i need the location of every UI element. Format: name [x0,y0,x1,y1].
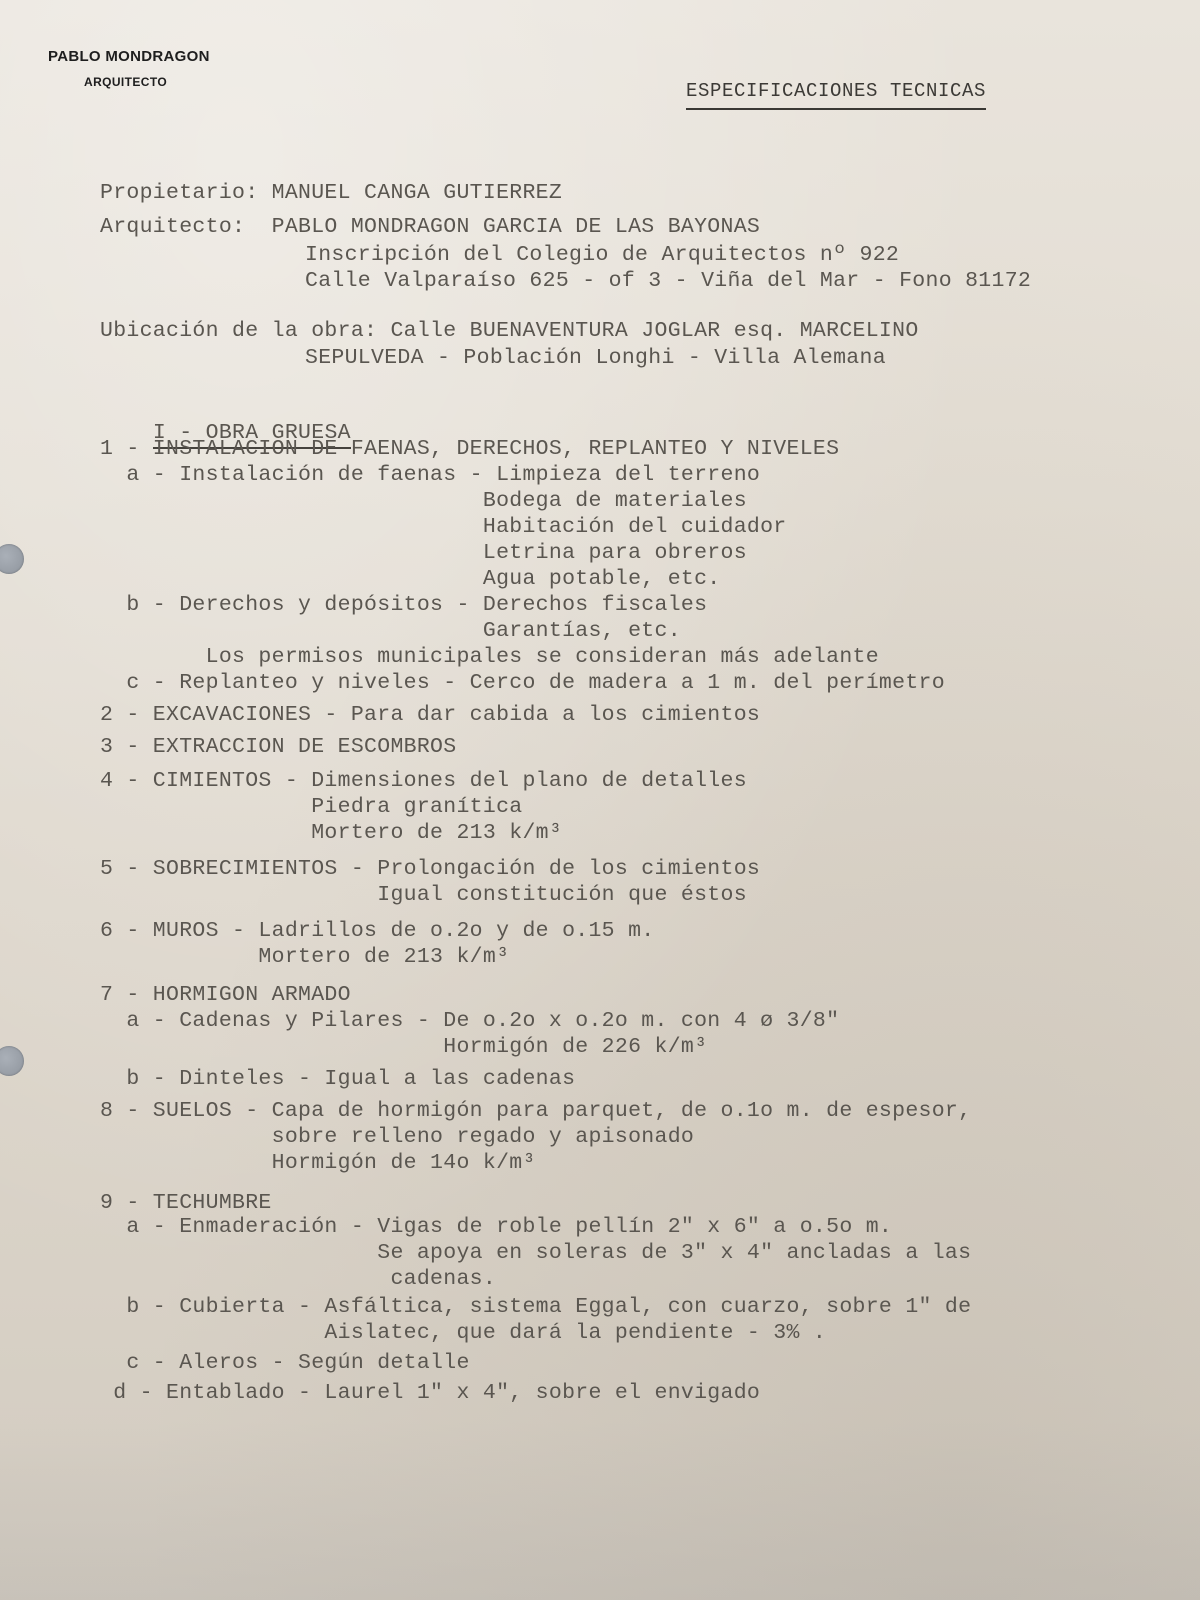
spec-line: sobre relleno regado y apisonado [100,1124,694,1150]
spec-line: Se apoya en soleras de 3" x 4" ancladas … [100,1240,971,1266]
spec-line: a - Enmaderación - Vigas de roble pellín… [100,1214,892,1240]
letterhead-role: ARQUITECTO [84,75,210,89]
spec-line: b - Derechos y depósitos - Derechos fisc… [100,592,707,618]
spec-line: b - Cubierta - Asfáltica, sistema Eggal,… [100,1294,971,1320]
spec-line: Los permisos municipales se consideran m… [100,644,879,670]
spec-line: 6 - MUROS - Ladrillos de o.2o y de o.15 … [100,918,655,944]
spec-line: 7 - HORMIGON ARMADO [100,982,351,1008]
spec-line: b - Dinteles - Igual a las cadenas [100,1066,575,1092]
document-page: PABLO MONDRAGON ARQUITECTO ESPECIFICACIO… [0,0,1200,1600]
spec-line: Igual constitución que éstos [100,882,747,908]
spec-line: a - Instalación de faenas - Limpieza del… [100,462,760,488]
spec-line: Piedra granítica [100,794,522,820]
spec-line: Mortero de 213 k/m³ [100,944,509,970]
spec-line: 4 - CIMIENTOS - Dimensiones del plano de… [100,768,747,794]
spec-line: 2 - EXCAVACIONES - Para dar cabida a los… [100,702,760,728]
owner-line: Propietario: MANUEL CANGA GUTIERREZ [100,180,562,206]
letterhead: PABLO MONDRAGON ARQUITECTO [48,48,210,89]
spec-line: c - Aleros - Según detalle [100,1350,470,1376]
spec-line: 9 - TECHUMBRE [100,1190,272,1216]
spec-line: Garantías, etc. [100,618,681,644]
spec-line: 1 - INSTALACION DE FAENAS, DERECHOS, REP… [100,436,839,462]
document-title: ESPECIFICACIONES TECNICAS [686,80,986,110]
spec-line: cadenas. [100,1266,496,1292]
spec-line: Aislatec, que dará la pendiente - 3% . [100,1320,826,1346]
spec-line: d - Entablado - Laurel 1" x 4", sobre el… [100,1380,760,1406]
punch-hole [0,1046,24,1076]
spec-line: c - Replanteo y niveles - Cerco de mader… [100,670,945,696]
location-line: Ubicación de la obra: Calle BUENAVENTURA… [100,318,919,344]
spec-line: 3 - EXTRACCION DE ESCOMBROS [100,734,456,760]
spec-line: Hormigón de 226 k/m³ [100,1034,707,1060]
spec-line: Letrina para obreros [100,540,747,566]
spec-line: Mortero de 213 k/m³ [100,820,562,846]
page-shadow [0,1420,1200,1600]
architect-line: Arquitecto: PABLO MONDRAGON GARCIA DE LA… [100,214,760,240]
address-line: Calle Valparaíso 625 - of 3 - Viña del M… [305,268,1031,294]
spec-line: Bodega de materiales [100,488,747,514]
location-line: SEPULVEDA - Población Longhi - Villa Ale… [305,345,886,371]
punch-hole [0,544,24,574]
spec-line: a - Cadenas y Pilares - De o.2o x o.2o m… [100,1008,839,1034]
spec-line: 5 - SOBRECIMIENTOS - Prolongación de los… [100,856,760,882]
letterhead-name: PABLO MONDRAGON [48,48,210,65]
spec-line: Agua potable, etc. [100,566,721,592]
spec-line: Habitación del cuidador [100,514,787,540]
registration-line: Inscripción del Colegio de Arquitectos n… [305,242,899,268]
spec-line: 8 - SUELOS - Capa de hormigón para parqu… [100,1098,971,1124]
spec-line: Hormigón de 14o k/m³ [100,1150,536,1176]
